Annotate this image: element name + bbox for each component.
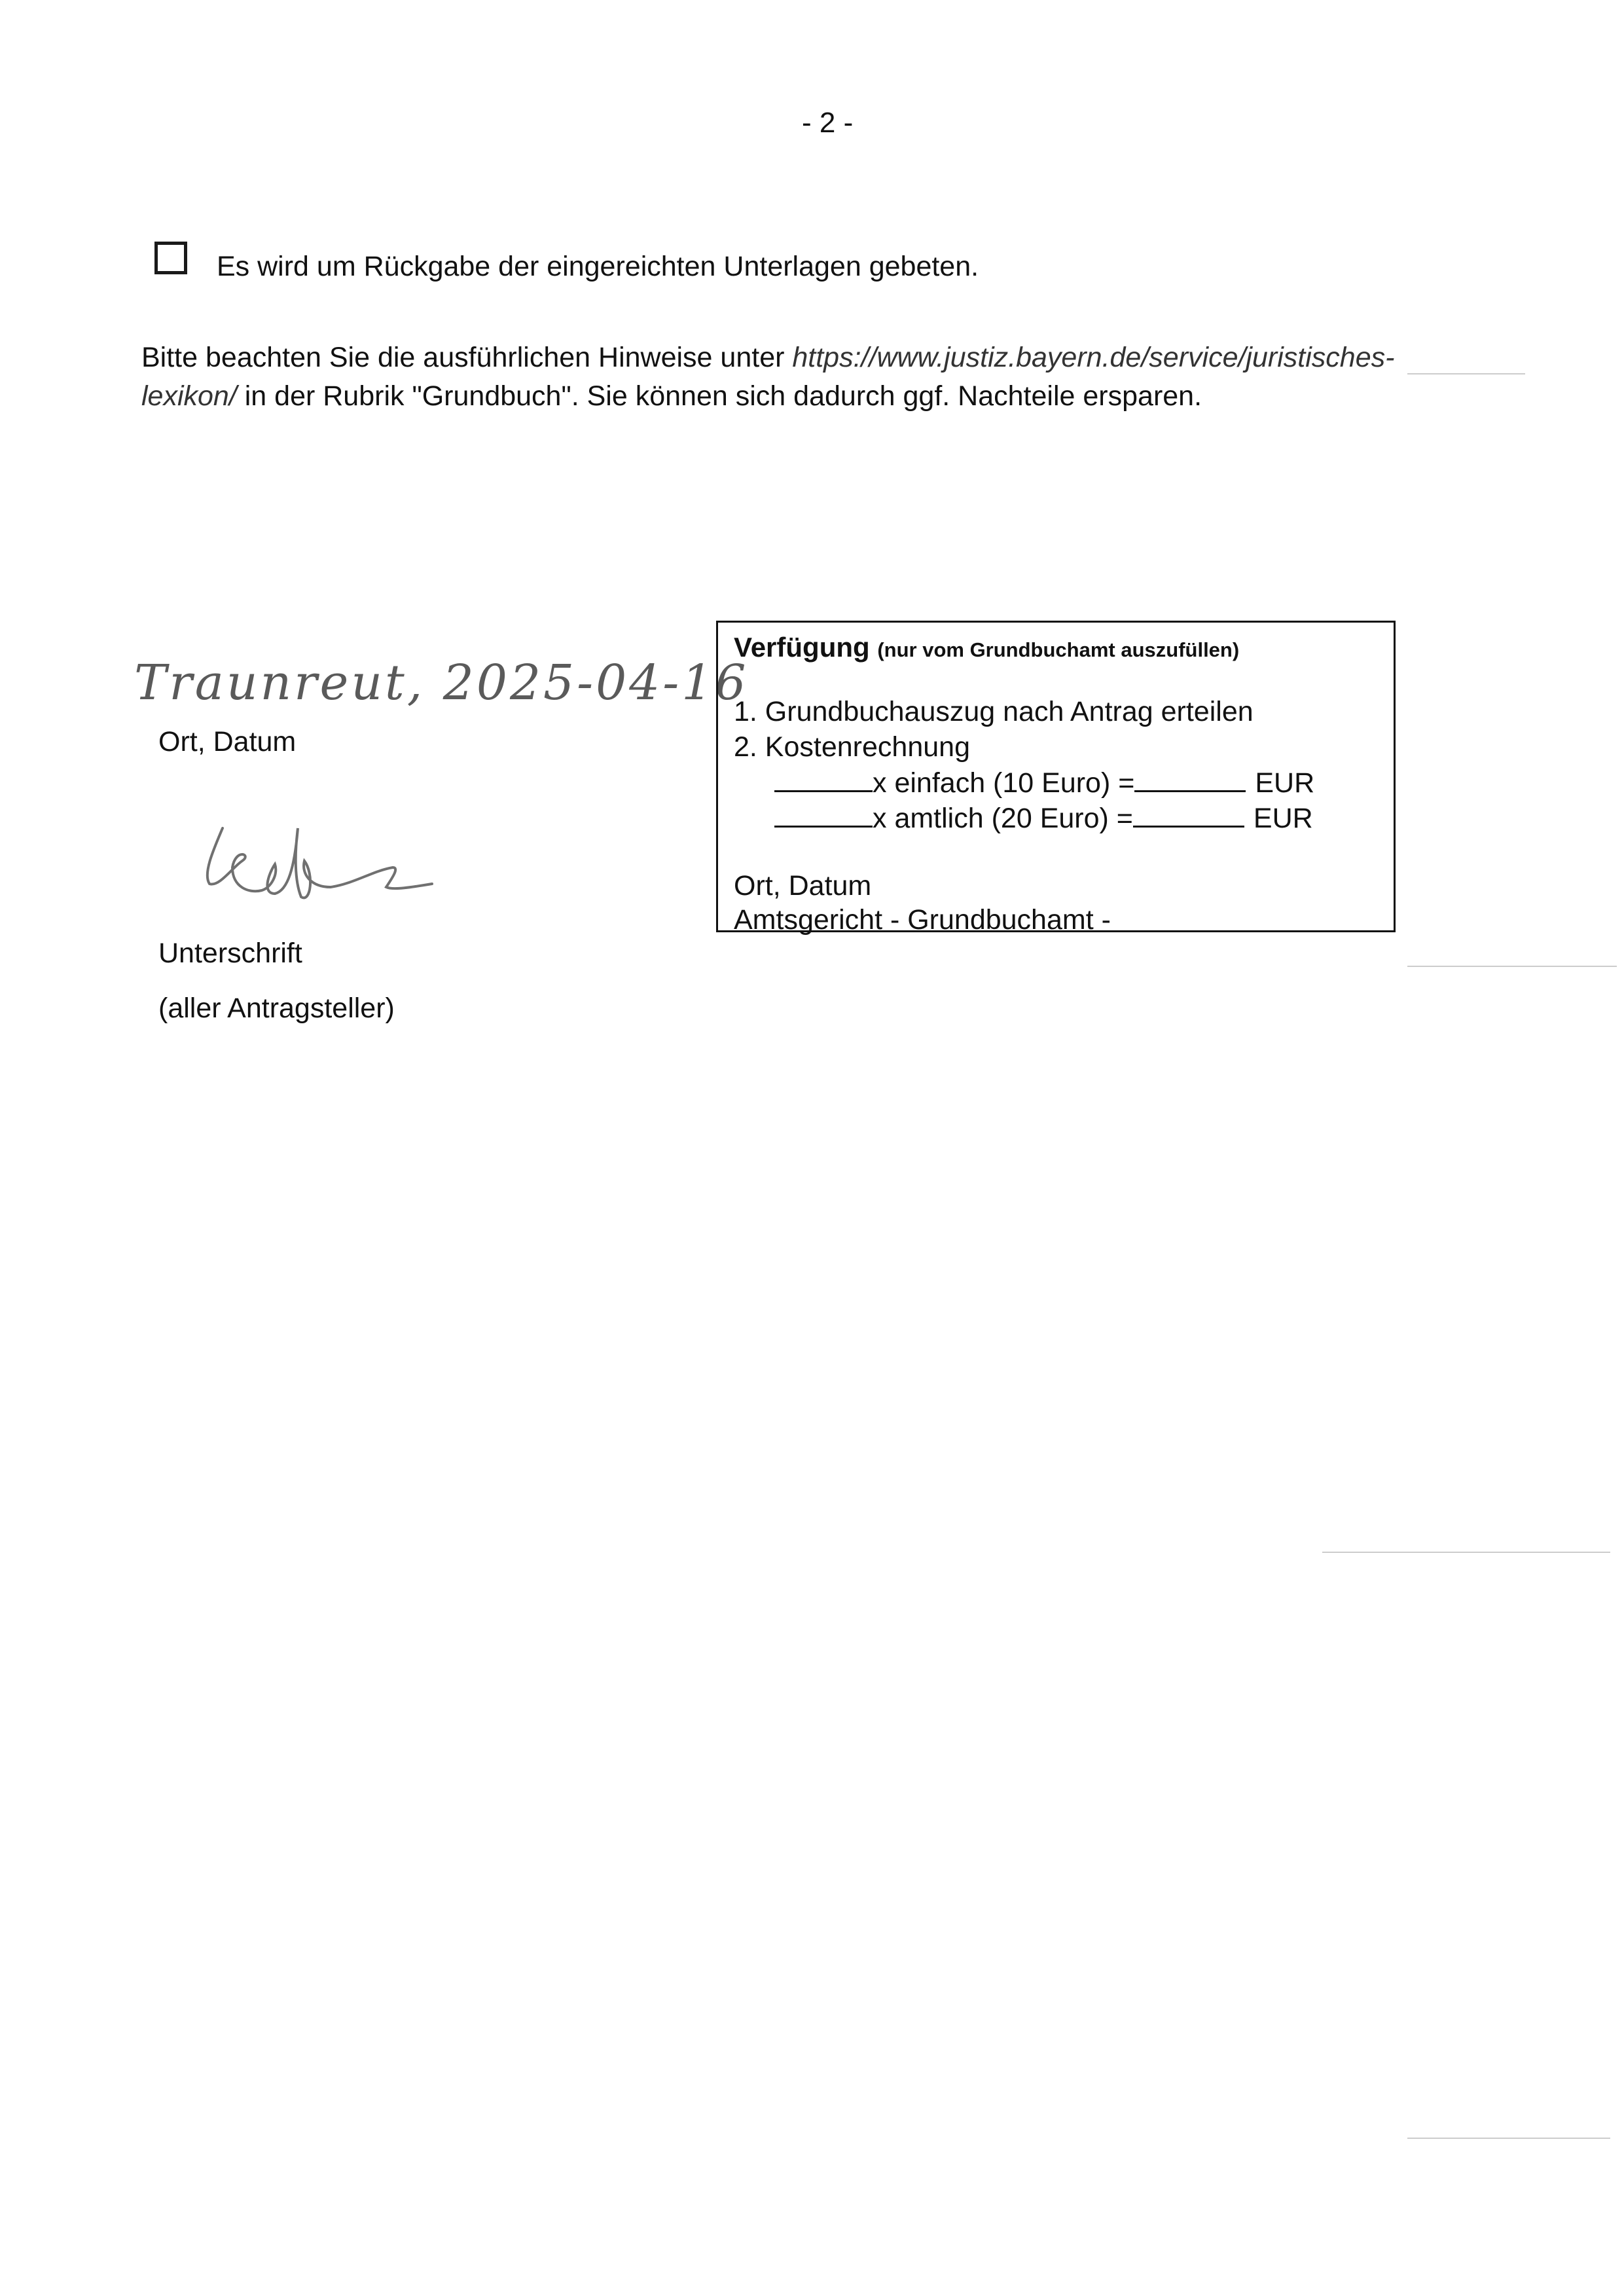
hint-text: Bitte beachten Sie die ausführlichen Hin…: [141, 342, 792, 373]
return-documents-checkbox[interactable]: [154, 242, 187, 274]
scan-noise: [1322, 1552, 1610, 1553]
fee-row-simple: x einfach (10 Euro) =EUR: [774, 767, 1314, 799]
signatories-label: (aller Antragsteller): [158, 994, 395, 1023]
decree-subtitle: (nur vom Grundbuchamt auszufüllen): [877, 638, 1239, 661]
decree-title-text: Verfügung: [734, 632, 870, 663]
hint-url-link[interactable]: https://www.justiz.bayern.de/service/jur…: [792, 342, 1394, 373]
scan-noise: [1407, 2138, 1610, 2139]
hint-url-link-continued[interactable]: lexikon/: [141, 380, 237, 412]
official-amount-blank[interactable]: [1133, 802, 1244, 828]
handwritten-place-date: Traunreut, 2025-04-16: [134, 655, 748, 711]
official-currency: EUR: [1254, 803, 1313, 834]
scan-noise: [1407, 373, 1525, 374]
official-count-blank[interactable]: [774, 802, 873, 828]
scan-noise: [1407, 966, 1617, 967]
signature-scribble-icon: [196, 822, 471, 913]
fee-row-official: x amtlich (20 Euro) =EUR: [774, 802, 1313, 835]
official-fee-label: x amtlich (20 Euro) =: [873, 803, 1133, 834]
simple-currency: EUR: [1255, 767, 1314, 799]
signature-label: Unterschrift: [158, 939, 302, 968]
hint-line-1: Bitte beachten Sie die ausführlichen Hin…: [141, 344, 1394, 372]
simple-amount-blank[interactable]: [1134, 767, 1246, 792]
place-date-label: Ort, Datum: [158, 728, 296, 756]
decree-box: Verfügung (nur vom Grundbuchamt auszufül…: [716, 621, 1396, 932]
hint-line-2: lexikon/ in der Rubrik "Grundbuch". Sie …: [141, 382, 1202, 410]
decree-item-1: 1. Grundbuchauszug nach Antrag erteilen: [734, 696, 1254, 728]
decree-court-label: Amtsgericht - Grundbuchamt -: [734, 904, 1111, 936]
decree-title: Verfügung (nur vom Grundbuchamt auszufül…: [734, 632, 1239, 663]
page-number: - 2 -: [802, 107, 853, 139]
simple-fee-label: x einfach (10 Euro) =: [873, 767, 1134, 799]
return-documents-label: Es wird um Rückgabe der eingereichten Un…: [217, 253, 979, 281]
decree-place-date-label: Ort, Datum: [734, 870, 871, 902]
decree-item-2: 2. Kostenrechnung: [734, 731, 970, 763]
hint-text-suffix: in der Rubrik "Grundbuch". Sie können si…: [237, 380, 1202, 412]
simple-count-blank[interactable]: [774, 767, 873, 792]
